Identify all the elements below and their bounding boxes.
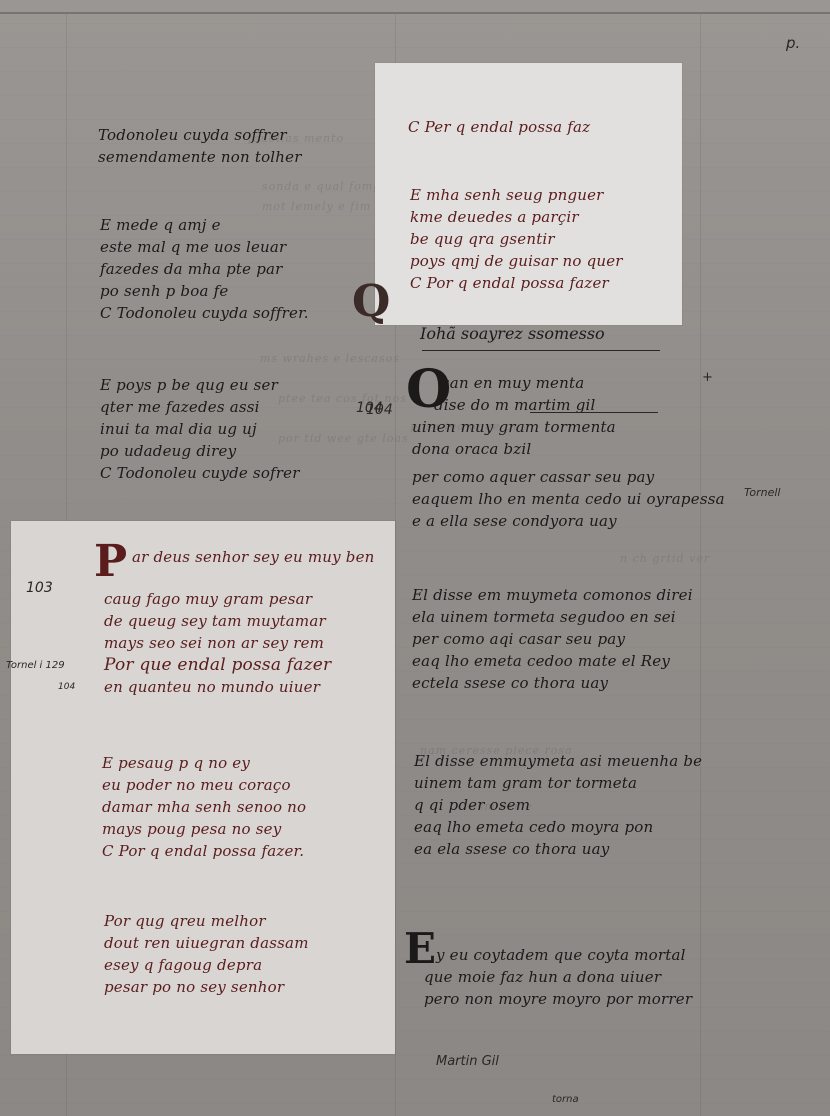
author-heading: Iohã soayrez ssomesso [420,324,605,343]
poem-right-1-body: uinen muy gram tormenta dona oraca bzil … [412,416,725,532]
verse-line: inui ta mal dia ug uj [100,418,300,440]
verse-line: qter me fazedes assi [100,396,300,418]
poem-right-3: El disse emmuymeta asi meuenha be uinem … [414,750,702,860]
margin-note: Tornel i 129 [6,660,65,671]
verse-line: ea ela ssese co thora uay [414,838,702,860]
poem-right-4: y eu coytadem que coyta mortal que moie … [424,944,692,1010]
initial-p: P [94,540,127,584]
verse-line: pesar po no sey senhor [104,976,309,998]
verse-line: semendamente non tolher [98,146,302,168]
stanza-left-1: Todonoleu cuyda soffrer semendamente non… [98,124,302,168]
verse-line: El disse em muymeta comonos direi [412,584,693,606]
verse-line: caug fago muy gram pesar [104,588,331,610]
verse-line: C Por q endal possa fazer. [102,840,306,862]
verse-line: ar deus senhor sey eu muy ben [132,546,375,568]
verse-line: Por qug qreu melhor [104,910,309,932]
poem-right-2: El disse em muymeta comonos direi ela ui… [412,584,693,694]
verse-line: eaq lho emeta cedo moyra pon [414,816,702,838]
manuscript-page: p. fauollas mento sonda e qual fomgnia m… [0,0,830,1116]
verse-line: C Per q endal possa faz [408,116,590,138]
verse-line: E poys p be qug eu ser [100,374,300,396]
verse-line: E mha senh seug pnguer [410,184,623,206]
verse-line: este mal q me uos leuar [100,236,309,258]
verse-line: mays seo sei non ar sey rem [104,632,331,654]
verse-line: be qug qra gsentir [410,228,623,250]
poem-bl-2: E pesaug p q no ey eu poder no meu coraç… [102,752,306,862]
verse-line: y eu coytadem que coyta mortal [436,944,692,966]
stanza-left-3: E poys p be qug eu ser qter me fazedes a… [100,374,300,484]
verse-line: per como aquer cassar seu pay [412,466,725,488]
decorative-initial-q: Q [352,280,390,324]
verse-line: mays poug pesa no sey [102,818,306,840]
name-underline [530,412,658,413]
verse-line: eaquem lho en menta cedo ui oyrapessa [412,488,725,510]
verse-line: q qi pder osem [414,794,702,816]
verse-line: que moie faz hun a dona uiuer [424,966,692,988]
verse-line: E mede q amj e [100,214,309,236]
verse-line: eaq lho emeta cedoo mate el Rey [412,650,693,672]
poem-bl-1-body: caug fago muy gram pesar de queug sey ta… [104,588,331,698]
verse-line: dona oraca bzil [412,438,725,460]
verse-line: gan en muy menta [440,372,596,394]
stanza-panel-tr-2: E mha senh seug pnguer kme deuedes a par… [410,184,623,294]
margin-note-tornell: Tornell [744,486,780,499]
verse-line: per como aqi casar seu pay [412,628,693,650]
margin-number: 103 [26,580,53,596]
verse-line: pero non moyre moyro por morrer [424,988,692,1010]
verse-line: e a ella sese condyora uay [412,510,725,532]
poem-bl-1-head: ar deus senhor sey eu muy ben [132,546,375,568]
verse-line: ectela ssese co thora uay [412,672,693,694]
verse-line: uinen muy gram tormenta [412,416,725,438]
page-top-edge [0,12,830,14]
verse-line: E pesaug p q no ey [102,752,306,774]
verse-line: dout ren uiuegran dassam [104,932,309,954]
poem-right-1-head: gan en muy menta dise do m martim gil [440,372,596,416]
margin-note-sub: 104 [58,682,75,692]
catchword: Martin Gil [436,1054,499,1069]
verse-line: C Por q endal possa fazer [410,272,623,294]
verse-line: damar mha senh senoo no [102,796,306,818]
verse-line: de queug sey tam muytamar [104,610,331,632]
verse-line: uinem tam gram tor tormeta [414,772,702,794]
verse-line: El disse emmuymeta asi meuenha be [414,750,702,772]
folio-number: p. [786,34,800,52]
ruling-line [700,14,701,1116]
heading-underline [422,350,660,351]
verse-line: po senh p boa fe [100,280,309,302]
margin-number: 104 [366,402,393,418]
verse-line: fazedes da mha pte par [100,258,309,280]
bleed-through-text: ms wrahes e lescasos [260,352,400,365]
verse-line: C Todonoleu cuyde sofrer [100,462,300,484]
bottom-note: torna [552,1094,579,1105]
verse-line: ela uinem tormeta segudoo en sei [412,606,693,628]
stanza-panel-tr-1: C Per q endal possa faz [408,116,590,138]
verse-line: eu poder no meu coraço [102,774,306,796]
stanza-left-2: E mede q amj e este mal q me uos leuar f… [100,214,309,324]
verse-line: C Todonoleu cuyda soffrer. [100,302,309,324]
verse-line: po udadeug direy [100,440,300,462]
verse-line: Todonoleu cuyda soffrer [98,124,302,146]
verse-line: kme deuedes a parçir [410,206,623,228]
verse-line: poys qmj de guisar no quer [410,250,623,272]
verse-line: esey q fagoug depra [104,954,309,976]
poem-bl-3: Por qug qreu melhor dout ren uiuegran da… [104,910,309,998]
verse-line: en quanteu no mundo uiuer [104,676,331,698]
bleed-through-text: n ch grtid ver [620,552,710,565]
cross-mark: + [702,370,713,385]
verse-line: Por que endal possa fazer [104,654,331,676]
